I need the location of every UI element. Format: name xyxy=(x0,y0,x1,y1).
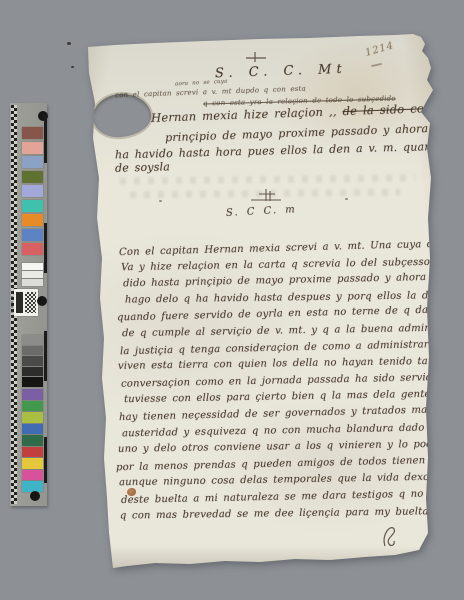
opening-line-segment: Hernan mexia hize relaçion ,, xyxy=(151,104,343,125)
manuscript-body-line: tuviesse con ellos para çierto bien q la… xyxy=(124,388,464,405)
opening-line: de soysla xyxy=(115,160,170,174)
upper-patches xyxy=(22,127,43,258)
color-patch xyxy=(22,185,43,197)
density-bar-icon xyxy=(16,292,23,313)
edge-bar xyxy=(44,223,47,273)
manuscript-page-wrapper: 1214 S. C. C. Mt S. C C. m aora no se cu… xyxy=(75,28,435,573)
color-patch xyxy=(22,458,43,469)
color-patch xyxy=(22,127,43,139)
color-patch xyxy=(22,142,43,154)
cross-mark-icon xyxy=(247,188,287,206)
manuscript-body-line: austeridad y esquiveza q no con mucha bl… xyxy=(122,421,464,439)
color-patch xyxy=(22,200,43,212)
archival-page-number: 1214 xyxy=(364,40,395,59)
edge-bar xyxy=(44,437,47,483)
dust-fleck xyxy=(71,66,74,68)
manuscript-body-line: hay tienen neçessidad de ser governados … xyxy=(119,404,457,423)
manuscript-body-line: uno y delo otros conviene usar a los q v… xyxy=(118,438,464,455)
grayscale-dark-patches xyxy=(22,335,43,388)
cross-mark-icon xyxy=(243,50,269,64)
manuscript-body-line: por la menos prendas q pueden amigos de … xyxy=(116,454,464,473)
color-patch xyxy=(22,424,43,435)
manuscript-body-line: deste buelta a mi naturaleza se me dara … xyxy=(121,487,464,506)
color-patch xyxy=(22,367,43,377)
manuscript-body-line: conversaçion como en la jornada passada … xyxy=(121,371,464,389)
color-patch xyxy=(22,481,43,492)
edge-bar xyxy=(44,331,47,381)
calibration-target xyxy=(10,103,47,506)
color-patch xyxy=(22,389,43,400)
ink-dot xyxy=(345,198,348,200)
color-patch xyxy=(22,412,43,423)
color-patch xyxy=(22,377,43,387)
grayscale-light-patches xyxy=(22,263,43,287)
color-patch xyxy=(22,447,43,458)
color-patch xyxy=(22,346,43,356)
manuscript-body-line: dido hasta prinçipio de mayo proxime pas… xyxy=(123,272,441,290)
manuscript-body-line: la justiçia q tenga consideraçion de com… xyxy=(120,337,464,356)
manuscript-body-line: Con el capitan Hernan mexia screvi a v. … xyxy=(119,237,464,258)
color-patch xyxy=(22,214,43,226)
manuscript-body-line: hago delo q ha havido hasta despues y po… xyxy=(125,289,464,305)
opening-line-segment: de soysla xyxy=(115,160,170,174)
manuscript-body-line: Va y hize relaçion en la carta q screvia… xyxy=(121,255,464,272)
registration-dot-icon xyxy=(37,296,47,306)
manuscript-body-line: q con mas brevedad se me dee liçençia pa… xyxy=(120,505,464,521)
checkerboard-icon xyxy=(25,292,36,313)
salutation-top: S. C. C. Mt xyxy=(215,62,347,82)
color-patch xyxy=(22,335,43,345)
color-patch xyxy=(22,156,43,168)
target-script-label xyxy=(11,281,13,319)
registration-dot-icon xyxy=(30,491,40,501)
lower-patches xyxy=(22,389,43,493)
dust-fleck xyxy=(67,42,71,45)
manuscript-body-line: viven esta tierra con quien los della no… xyxy=(118,355,464,372)
color-patch xyxy=(22,271,43,278)
page-number-dash xyxy=(371,63,382,67)
salutation-mid: S. C C. m xyxy=(226,204,297,219)
color-patch xyxy=(22,470,43,481)
scan-canvas: { "document_scan": { "page_number": "121… xyxy=(0,0,464,600)
rust-stain xyxy=(127,488,136,496)
color-patch xyxy=(22,243,43,255)
color-patch xyxy=(22,279,43,286)
edge-bar xyxy=(44,115,47,163)
target-label-box xyxy=(14,289,38,316)
ink-dot xyxy=(159,200,162,202)
color-patch xyxy=(22,229,43,241)
manuscript-body-line: quando fuere servido de oyrla en esta no… xyxy=(117,304,464,324)
color-patch xyxy=(22,263,43,270)
bleedthrough-shadow xyxy=(120,174,415,184)
manuscript-page: 1214 S. C. C. Mt S. C C. m aora no se cu… xyxy=(75,28,435,573)
color-patch xyxy=(22,171,43,183)
color-patch xyxy=(22,435,43,446)
manuscript-body-line: aunque ninguno cosa delas temporales que… xyxy=(119,471,464,489)
color-patch xyxy=(22,401,43,412)
color-patch xyxy=(22,356,43,366)
annotation-line: aora no se cuya xyxy=(175,79,228,88)
manuscript-body-line: de q cumple al serviçio de v. mt. y q a … xyxy=(122,322,464,340)
flourish-mark-icon xyxy=(377,520,403,550)
